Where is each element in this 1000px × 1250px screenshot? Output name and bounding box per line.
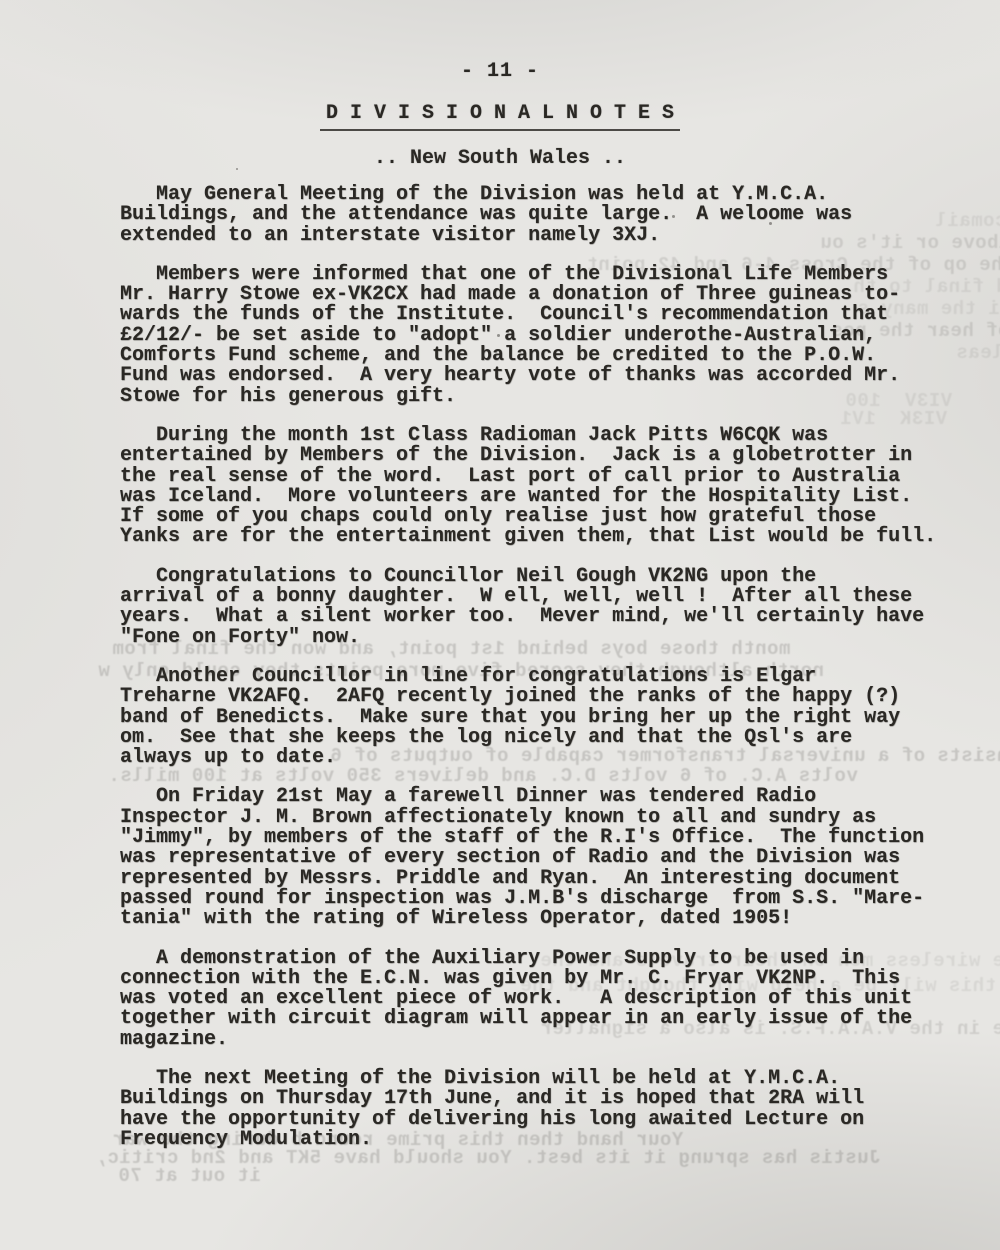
paragraph-2: Members were informed that one of the Di… <box>120 265 1000 407</box>
page-subtitle: .. New South Wales .. <box>0 149 1000 169</box>
document-content: - 11 - D I V I S I O N A L N O T E S .. … <box>0 0 1000 1250</box>
paragraph-6: On Friday 21st May a farewell Dinner was… <box>120 787 1000 929</box>
scanned-page: comail above or it's ou the op of the Cr… <box>0 0 1000 1250</box>
paragraph-7: A demonstration of the Auxiliary Power S… <box>120 949 1000 1050</box>
paragraph-8: The next Meeting of the Division will be… <box>120 1069 1000 1150</box>
title-wrap: D I V I S I O N A L N O T E S <box>0 104 1000 131</box>
paragraph-3: During the month 1st Class Radioman Jack… <box>120 426 1000 548</box>
page-title: D I V I S I O N A L N O T E S <box>320 104 680 131</box>
body-text: May General Meeting of the Division was … <box>120 185 1000 1150</box>
paragraph-4: Congratulations to Councillor Neil Gough… <box>120 567 1000 648</box>
page-number: - 11 - <box>0 62 1000 82</box>
paragraph-1: May General Meeting of the Division was … <box>120 185 1000 246</box>
paragraph-5: Another Councillor in line for congratul… <box>120 667 1000 768</box>
